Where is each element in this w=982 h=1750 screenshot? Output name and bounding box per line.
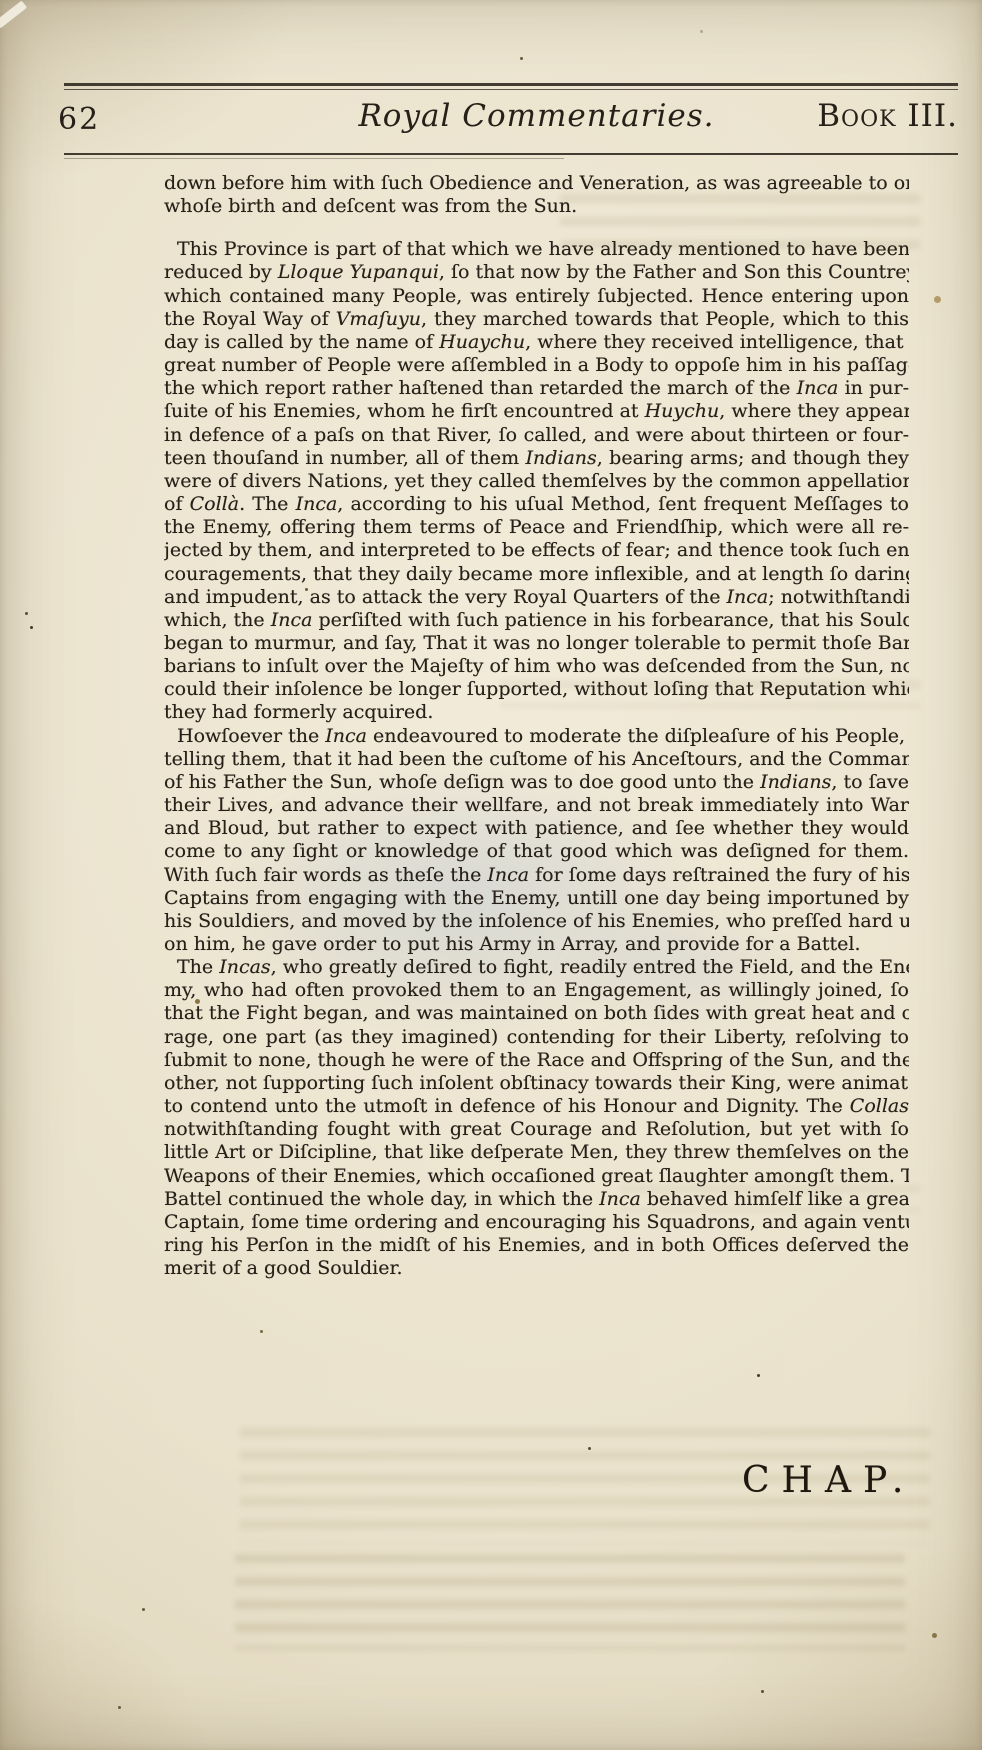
text-line: telling them, that it had been the cuſto… bbox=[164, 748, 909, 771]
book-page-scan: 62 Royal Commentaries. Book III. down be… bbox=[0, 0, 982, 1750]
page-number: 62 bbox=[58, 102, 100, 137]
text-line: rage, one part (as they imagined) conten… bbox=[164, 1026, 909, 1049]
text-line: which contained many People, was entirel… bbox=[164, 285, 909, 308]
text-line: Weapons of their Enemies, which occaſion… bbox=[164, 1165, 909, 1188]
text-line: ſubmit to none, though he were of the Ra… bbox=[164, 1049, 909, 1072]
text-line: With ſuch fair words as theſe the Inca f… bbox=[164, 864, 909, 887]
header-rule-top-thin bbox=[64, 89, 958, 90]
text-line: couragements, that they daily became mor… bbox=[164, 563, 909, 586]
text-line: the Enemy, offering them terms of Peace … bbox=[164, 516, 909, 539]
paragraph: This Province is part of that which we h… bbox=[164, 238, 909, 724]
text-line: ſuite of his Enemies, whom he firſt enco… bbox=[164, 400, 909, 423]
book-label: Book III. bbox=[817, 98, 958, 134]
scan-edge-artifact bbox=[0, 0, 27, 28]
paragraph: The Incas, who greatly deſired to fight,… bbox=[164, 956, 909, 1280]
text-line: reduced by Lloque Yupanqui, ſo that now … bbox=[164, 261, 909, 284]
text-line: day is called by the name of Huaychu, wh… bbox=[164, 331, 909, 354]
text-line: teen thouſand in number, all of them Ind… bbox=[164, 447, 909, 470]
text-line: on him, he gave order to put his Army in… bbox=[164, 933, 909, 956]
text-line: my, who had often provoked them to an En… bbox=[164, 979, 909, 1002]
text-line: that the Fight began, and was maintained… bbox=[164, 1002, 909, 1025]
verso-show-through bbox=[235, 1554, 905, 1650]
text-line: of Collà. The Inca, according to his uſu… bbox=[164, 493, 909, 516]
paragraph: down before him with ſuch Obedience and … bbox=[164, 172, 909, 218]
text-line: ring his Perſon in the midſt of his Enem… bbox=[164, 1234, 909, 1257]
text-line: their Lives, and advance their wellfare,… bbox=[164, 794, 909, 817]
text-line: the which report rather haſtened than re… bbox=[164, 377, 909, 400]
text-line: the Royal Way of Vmaſuyu, they marched t… bbox=[164, 308, 909, 331]
text-line: Captains from engaging with the Enemy, u… bbox=[164, 887, 909, 910]
text-line: notwithſtanding fought with great Courag… bbox=[164, 1118, 909, 1141]
text-line: of his Father the Sun, whoſe deſign was … bbox=[164, 771, 909, 794]
running-head: 62 Royal Commentaries. Book III. bbox=[0, 96, 982, 144]
text-line: Battel continued the whole day, in which… bbox=[164, 1188, 909, 1211]
header-rule-bottom bbox=[64, 153, 958, 155]
running-title: Royal Commentaries. bbox=[164, 98, 909, 134]
text-line: merit of a good Souldier. bbox=[164, 1257, 909, 1280]
text-line: to contend unto the utmoſt in defence of… bbox=[164, 1095, 909, 1118]
paragraph: Howſoever the Inca endeavoured to modera… bbox=[164, 725, 909, 957]
text-line: could their inſolence be longer ſupporte… bbox=[164, 678, 909, 701]
text-line: and impudent, as to attack the very Roya… bbox=[164, 586, 909, 609]
text-line: and Bloud, but rather to expect with pat… bbox=[164, 817, 909, 840]
text-line: which, the Inca perſiſted with ſuch pati… bbox=[164, 609, 909, 632]
text-line: other, not ſupporting ſuch inſolent obſt… bbox=[164, 1072, 909, 1095]
text-line: his Souldiers, and moved by the inſolenc… bbox=[164, 910, 909, 933]
text-line: barians to inſult over the Majeſty of hi… bbox=[164, 655, 909, 678]
header-rule-top bbox=[64, 83, 958, 86]
paper-specks bbox=[0, 0, 3, 3]
text-line: whoſe birth and deſcent was from the Sun… bbox=[164, 195, 909, 218]
text-line: The Incas, who greatly deſired to fight,… bbox=[164, 956, 909, 979]
text-line: great number of People were aſſembled in… bbox=[164, 354, 909, 377]
text-line: little Art or Diſcipline, that like deſp… bbox=[164, 1141, 909, 1164]
text-line: began to murmur, and ſay, That it was no… bbox=[164, 632, 909, 655]
text-line: they had formerly acquired. bbox=[164, 701, 909, 724]
text-line: Howſoever the Inca endeavoured to modera… bbox=[164, 725, 909, 748]
text-line: This Province is part of that which we h… bbox=[164, 238, 909, 261]
text-line: were of divers Nations, yet they called … bbox=[164, 470, 909, 493]
catchword: CHAP. bbox=[742, 1460, 915, 1501]
text-line: come to any ſight or knowledge of that g… bbox=[164, 840, 909, 863]
body-text: down before him with ſuch Obedience and … bbox=[164, 172, 909, 1280]
text-line: jected by them, and interpreted to be ef… bbox=[164, 539, 909, 562]
text-line: Captain, ſome time ordering and encourag… bbox=[164, 1211, 909, 1234]
header-rule-bottom-thin bbox=[64, 158, 564, 159]
text-line: down before him with ſuch Obedience and … bbox=[164, 172, 909, 195]
text-line: in defence of a paſs on that River, ſo c… bbox=[164, 424, 909, 447]
